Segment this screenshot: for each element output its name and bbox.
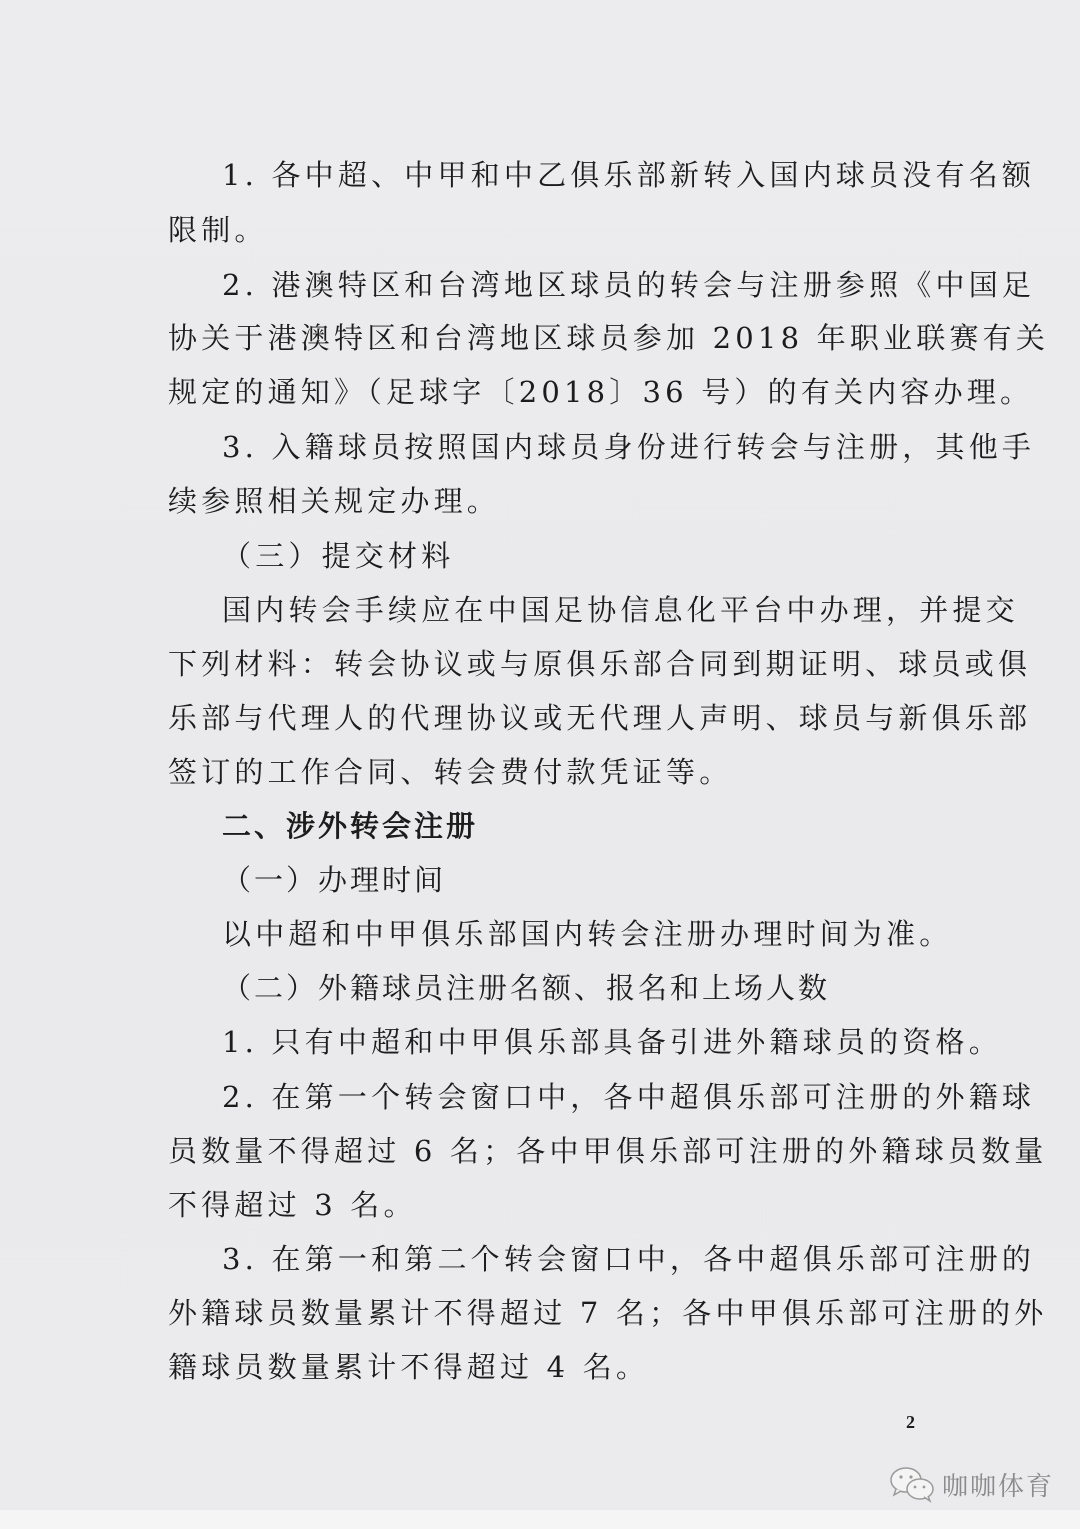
text-line: 国内转会手续应在中国足协信息化平台中办理，并提交 [222,590,1019,630]
text-line: 不得超过 3 名。 [168,1185,417,1225]
watermark-text: 咖咖体育 [942,1466,1054,1503]
text-line: 签订的工作合同、转会费付款凭证等。 [168,752,732,792]
watermark: 咖咖体育 [888,1464,1054,1504]
text-line: 乐部与代理人的代理协议或无代理人声明、球员与新俱乐部 [168,698,1031,738]
text-line: 协关于港澳特区和台湾地区球员参加 2018 年职业联赛有关 [168,318,1049,358]
text-line: 外籍球员数量累计不得超过 7 名；各中甲俱乐部可注册的外 [168,1293,1048,1333]
text-line: （三）提交材料 [222,536,454,576]
wechat-icon [888,1464,936,1504]
text-line: 续参照相关规定办理。 [168,481,500,521]
document-page: 1. 各中超、中甲和中乙俱乐部新转入国内球员没有名额限制。2. 港澳特区和台湾地… [0,0,1080,1529]
text-line: 3. 在第一和第二个转会窗口中，各中超俱乐部可注册的 [222,1239,1035,1279]
text-line: 3. 入籍球员按照国内球员身份进行转会与注册，其他手 [222,427,1035,467]
text-line: 限制。 [168,210,268,250]
text-line: 2. 港澳特区和台湾地区球员的转会与注册参照《中国足 [222,265,1035,305]
text-line: 规定的通知》（足球字〔2018〕36 号）的有关内容办理。 [168,372,1033,412]
text-line: 员数量不得超过 6 名；各中甲俱乐部可注册的外籍球员数量 [168,1131,1048,1171]
bottom-margin [0,1510,1080,1529]
text-line: 2. 在第一个转会窗口中，各中超俱乐部可注册的外籍球 [222,1077,1035,1117]
page-number: 2 [906,1412,915,1433]
section-heading: 二、涉外转会注册 [222,806,478,846]
text-line: 籍球员数量累计不得超过 4 名。 [168,1347,649,1387]
subsection-heading: （二）外籍球员注册名额、报名和上场人数 [222,968,830,1008]
text-line: 下列材料：转会协议或与原俱乐部合同到期证明、球员或俱 [168,644,1031,684]
text-line: 1. 各中超、中甲和中乙俱乐部新转入国内球员没有名额 [222,155,1035,195]
text-line: 1. 只有中超和中甲俱乐部具备引进外籍球员的资格。 [222,1022,1002,1062]
text-line: 以中超和中甲俱乐部国内转会注册办理时间为准。 [222,914,952,954]
subsection-heading: （一）办理时间 [222,860,446,900]
